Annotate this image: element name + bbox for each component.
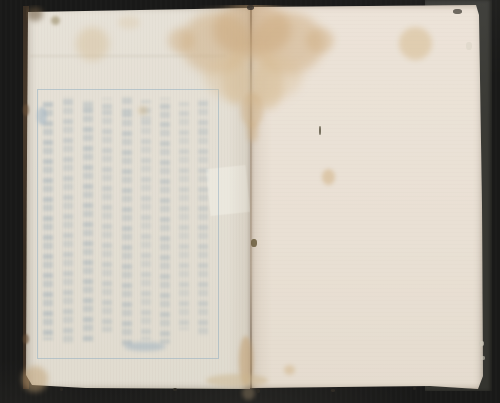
showthrough-column (179, 102, 189, 330)
showthrough-column (63, 96, 73, 344)
showthrough-column (160, 98, 170, 344)
showthrough-column (43, 102, 53, 340)
showthrough-column (83, 100, 93, 342)
showthrough-column (198, 98, 208, 336)
showthrough-frame (37, 89, 219, 359)
paper-texture (250, 5, 483, 389)
showthrough-column (102, 98, 112, 332)
scanned-book-photo (0, 0, 500, 403)
right-page (250, 5, 483, 389)
left-page (26, 7, 250, 389)
showthrough-column (122, 96, 132, 346)
showthrough-column (141, 100, 151, 340)
paper-crease (30, 55, 226, 57)
gutter-fold-line (250, 7, 252, 388)
